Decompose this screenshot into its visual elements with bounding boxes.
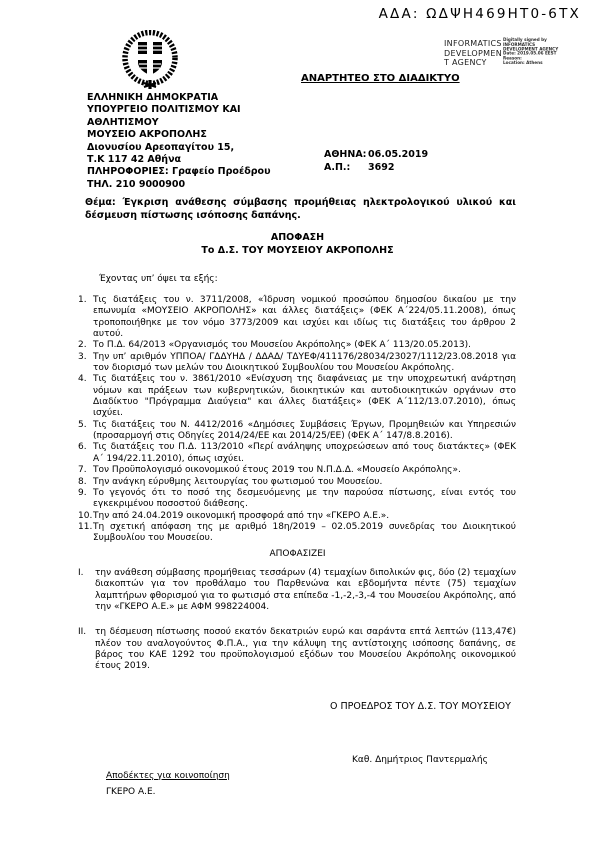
city-date-row: ΑΘΗΝΑ:06.05.2019	[324, 149, 428, 162]
protocol-label: Α.Π.:	[324, 162, 368, 175]
digital-signature-details: Digitally signed by INFORMATICS DEVELOPM…	[503, 38, 591, 65]
letterhead-line: ΤΗΛ. 210 9000900	[87, 179, 271, 191]
president-name: Καθ. Δημήτριος Παντερμαλής	[352, 755, 488, 765]
consideration-item: 1.Τις διατάξεις του ν. 3711/2008, «Ίδρυσ…	[78, 295, 516, 340]
decision-heading-line2: Το Δ.Σ. ΤΟΥ ΜΟΥΣΕΙΟΥ ΑΚΡΟΠΟΛΗΣ	[0, 245, 595, 258]
subject-text: Έγκριση ανάθεσης σύμβασης προμήθειας ηλε…	[85, 197, 516, 221]
date-protocol-block: ΑΘΗΝΑ:06.05.2019 Α.Π.:3692	[324, 149, 428, 174]
decision-heading-line1: ΑΠΟΦΑΣΗ	[0, 232, 595, 245]
decisions-list: Ι.την ανάθεση σύμβασης προμήθειας τεσσάρ…	[78, 568, 516, 687]
decision-item: ΙΙ.τη δέσμευση πίστωσης ποσού εκατόν δεκ…	[78, 627, 516, 672]
letterhead-line: ΑΘΛΗΤΙΣΜΟΥ	[87, 117, 271, 129]
sender-letterhead: ΕΛΛΗΝΙΚΗ ΔΗΜΟΚΡΑΤΙΑ ΥΠΟΥΡΓΕΙΟ ΠΟΛΙΤΙΣΜΟΥ…	[87, 92, 271, 191]
letterhead-line: Τ.Κ 117 42 Αθήνα	[87, 154, 271, 166]
recipients-block: Αποδέκτες για κοινοποίηση ΓΚΕΡΟ Α.Ε.	[106, 769, 230, 800]
letterhead-line: ΕΛΛΗΝΙΚΗ ΔΗΜΟΚΡΑΤΙΑ	[87, 92, 271, 104]
consideration-item: 3.Την υπ’ αριθμόν ΥΠΠΟΑ/ ΓΔΔΥΗΔ / ΔΔΑΔ/ …	[78, 352, 516, 375]
decision-heading: ΑΠΟΦΑΣΗ Το Δ.Σ. ΤΟΥ ΜΟΥΣΕΙΟΥ ΑΚΡΟΠΟΛΗΣ	[0, 232, 595, 257]
consideration-item: 10.Την από 24.04.2019 οικονομική προσφορ…	[78, 511, 516, 522]
consideration-item: 5.Τις διατάξεις του Ν. 4412/2016 «Δημόσι…	[78, 420, 516, 443]
consideration-item: 11.Τη σχετική απόφαση της με αριθμό 18η/…	[78, 522, 516, 545]
consideration-item: 4.Τις διατάξεις του ν. 3861/2010 «Ενίσχυ…	[78, 374, 516, 419]
letterhead-line: ΥΠΟΥΡΓΕΙΟ ΠΟΛΙΤΙΣΜΟΥ ΚΑΙ	[87, 104, 271, 116]
hellenic-coat-of-arms-logo	[118, 30, 182, 92]
city-label: ΑΘΗΝΑ:	[324, 149, 368, 162]
consideration-item: 7.Τον Προϋπολογισμό οικονομικού έτους 20…	[78, 465, 516, 476]
internet-posting-notice: ΑΝΑΡΤΗΤΕΟ ΣΤΟ ΔΙΑΔΙΚΤΥΟ	[301, 73, 460, 84]
decision-document-page: ΑΔΑ: ΩΔΨΗ469ΗΤ0-6ΤΧ INFORMATICS DEVELOPM…	[0, 0, 595, 842]
subject-paragraph: Θέμα: Έγκριση ανάθεσης σύμβασης προμήθει…	[85, 197, 516, 223]
decides-heading: ΑΠΟΦΑΣΙΖΕΙ	[0, 549, 595, 559]
protocol-row: Α.Π.:3692	[324, 162, 428, 175]
consideration-item: 9.Το γεγονός ότι το ποσό της δεσμευόμενη…	[78, 488, 516, 511]
preamble-text: Έχοντας υπ’ όψει τα εξής:	[99, 274, 218, 284]
decision-item: Ι.την ανάθεση σύμβασης προμήθειας τεσσάρ…	[78, 568, 516, 613]
consideration-item: 8.Την ανάγκη εύρυθμης λειτουργίας του φω…	[78, 477, 516, 488]
city-date-value: 06.05.2019	[368, 149, 428, 160]
digital-signature-agency: INFORMATICS DEVELOPMEN T AGENCY	[444, 39, 506, 68]
letterhead-line: ΜΟΥΣΕΙΟ ΑΚΡΟΠΟΛΗΣ	[87, 129, 271, 141]
recipients-heading: Αποδέκτες για κοινοποίηση	[106, 769, 230, 785]
president-title: Ο ΠΡΟΕΔΡΟΣ ΤΟΥ Δ.Σ. ΤΟΥ ΜΟΥΣΕΙΟΥ	[330, 701, 511, 712]
letterhead-line: ΠΛΗΡΟΦΟΡΙΕΣ: Γραφείο Προέδρου	[87, 166, 271, 178]
protocol-value: 3692	[368, 162, 394, 173]
consideration-item: 2.Το Π.Δ. 64/2013 «Οργανισμός του Μουσεί…	[78, 340, 516, 351]
consideration-item: 6.Τις διατάξεις του Π.Δ. 113/2010 «Περί …	[78, 442, 516, 465]
ada-code: ΑΔΑ: ΩΔΨΗ469ΗΤ0-6ΤΧ	[379, 6, 581, 22]
considerations-list: 1.Τις διατάξεις του ν. 3711/2008, «Ίδρυσ…	[78, 295, 516, 545]
recipient-name: ΓΚΕΡΟ Α.Ε.	[106, 785, 230, 801]
subject-label: Θέμα:	[85, 197, 116, 208]
letterhead-line: Διονυσίου Αρεοπαγίτου 15,	[87, 142, 271, 154]
